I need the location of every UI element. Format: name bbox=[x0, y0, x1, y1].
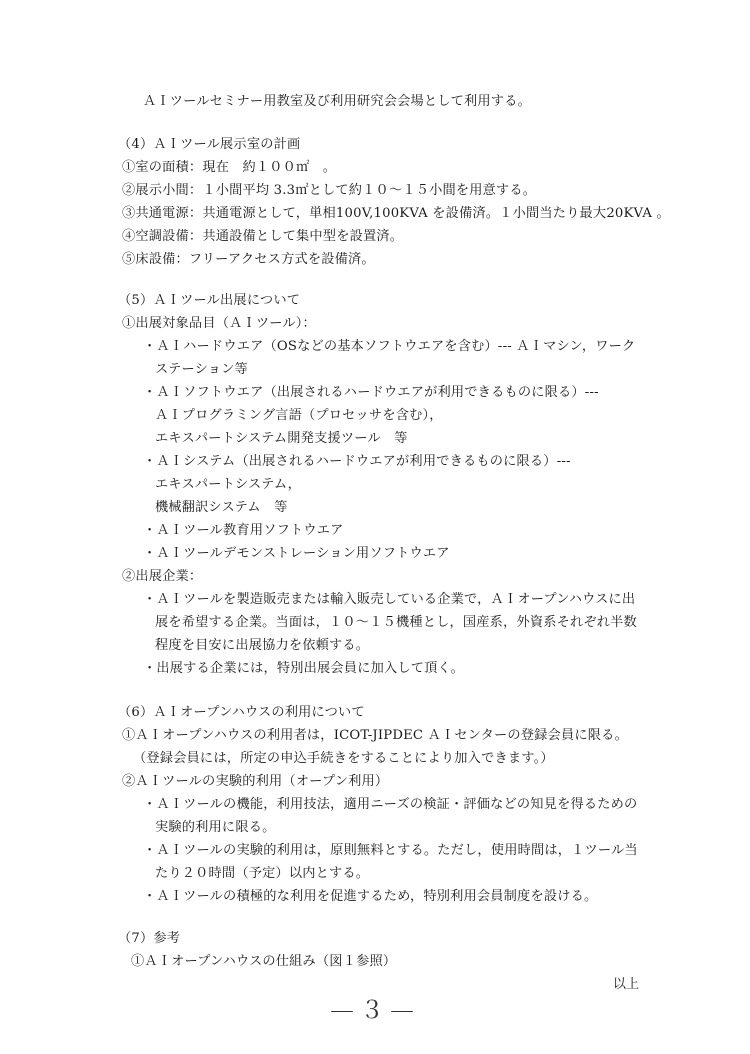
section-6-line: ・ＡＩツールの積極的な利用を促進するため，特別利用会員制度を設ける。 bbox=[143, 889, 597, 905]
section-4-item-2: ②展示小間：１小間平均 3.3㎡として約１０～１５小間を用意する。 bbox=[122, 183, 536, 199]
section-5-sub2-line: ・ＡＩツールを製造販売または輸入販売している企業で，ＡＩオープンハウスに出 bbox=[143, 592, 635, 608]
section-5-sub1-title: ①出展対象品目（ＡＩツール）： bbox=[122, 316, 316, 332]
document-page: ＡＩツールセミナー用教室及び利用研究会会場として利用する。 （4）ＡＩツール展示… bbox=[0, 0, 750, 1054]
section-7-line: ①ＡＩオープンハウスの仕組み（図１参照） bbox=[131, 954, 396, 970]
section-5-sub1-line: ・ＡＩシステム（出展されるハードウエアが利用できるものに限る）--- bbox=[143, 454, 571, 470]
section-5-sub1-line: ＡＩプログラミング言語（プロセッサを含む）， bbox=[155, 408, 443, 424]
intro-text: ＡＩツールセミナー用教室及び利用研究会会場として利用する。 bbox=[143, 94, 531, 110]
section-6-line: 実験的利用に限る。 bbox=[155, 820, 276, 836]
section-6-line: ・ＡＩツールの実験的利用は，原則無料とする。ただし，使用時間は，１ツール当 bbox=[143, 843, 638, 859]
section-4-item-3: ③共通電源：共通電源として，単相100V,100KVA を設備済。１小間当たり最… bbox=[122, 206, 670, 222]
page-number: —３— bbox=[0, 990, 750, 1025]
section-6-line: ①ＡＩオープンハウスの利用者は，ICOT-JIPDEC ＡＩセンターの登録会員に… bbox=[122, 728, 628, 744]
section-5-sub2-line: ・出展する企業には，特別出展会員に加入して頂く。 bbox=[143, 661, 464, 677]
section-4-heading: （4）ＡＩツール展示室の計画 bbox=[118, 137, 300, 153]
section-5-sub2-line: 程度を目安に出展協力を依頼する。 bbox=[155, 638, 369, 654]
section-5-sub1-line: エキスパートシステム， bbox=[155, 477, 301, 493]
section-7-heading: （7）参考 bbox=[118, 931, 180, 947]
section-5-sub1-line: ・ＡＩツール教育用ソフトウエア bbox=[143, 523, 344, 539]
section-4-item-5: ⑤床設備：フリーアクセス方式を設備済。 bbox=[122, 252, 375, 268]
section-6-line: ・ＡＩツールの機能，利用技法，適用ニーズの検証・評価などの知見を得るための bbox=[143, 797, 637, 813]
section-6-line: ②ＡＩツールの実験的利用（オープン利用） bbox=[122, 774, 388, 790]
section-5-sub2-line: 展を希望する企業。当面は，１０～１５機種とし，国産系，外資系それぞれ半数 bbox=[155, 615, 637, 631]
section-5-sub1-line: ・ＡＩツールデモンストレーション用ソフトウエア bbox=[143, 546, 450, 562]
section-5-heading: （5）ＡＩツール出展について bbox=[118, 293, 300, 309]
section-4-item-4: ④空調設備：共通設備として集中型を設置済。 bbox=[122, 229, 403, 245]
section-5-sub1-line: 機械翻訳システム 等 bbox=[155, 500, 288, 516]
section-5-sub1-line: ・ＡＩハードウエア（OSなどの基本ソフトウエアを含む）--- ＡＩマシン，ワーク bbox=[143, 339, 635, 355]
section-5-sub1-line: ステーション等 bbox=[155, 362, 248, 378]
section-5-sub1-line: ・ＡＩソフトウエア（出展されるハードウエアが利用できるものに限る）--- bbox=[143, 385, 599, 401]
section-6-line: たり２０時間（予定）以内とする。 bbox=[155, 866, 369, 882]
section-5-sub2-title: ②出展企業： bbox=[122, 569, 202, 585]
section-6-heading: （6）ＡＩオープンハウスの利用について bbox=[118, 705, 365, 721]
section-4-item-1: ①室の面積：現在 約１００㎡ 。 bbox=[122, 160, 336, 176]
section-5-sub1-line: エキスパートシステム開発支援ツール 等 bbox=[155, 431, 408, 447]
section-6-line: （登録会員には，所定の申込手続きをすることにより加入できます。） bbox=[133, 751, 554, 767]
